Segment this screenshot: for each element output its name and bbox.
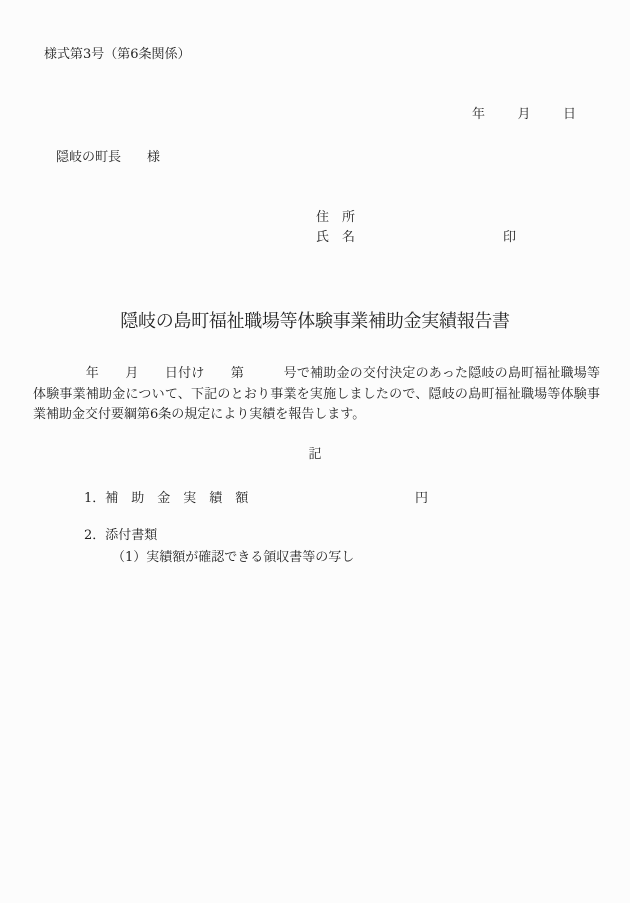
body-paragraph: 年 月 日付け 第 号で補助金の交付決定のあった隠岐の島町福祉職場等体験事業補助…	[33, 364, 600, 426]
attachments-item: 2．添付書類	[84, 526, 157, 546]
attachment-sub-item: （1）実績額が確認できる領収書等の写し	[112, 548, 354, 568]
date-year-label: 年	[472, 105, 485, 125]
document-title: 隠岐の島町福祉職場等体験事業補助金実績報告書	[0, 309, 630, 335]
signature-block: 住 所 氏 名	[316, 208, 355, 248]
subsidy-amount-item: 1．補 助 金 実 績 額	[84, 489, 248, 509]
form-number: 様式第3号（第6条関係）	[44, 45, 191, 65]
address-label: 住 所	[316, 208, 355, 228]
date-day-label: 日	[563, 105, 576, 125]
amount-unit-label: 円	[415, 489, 428, 509]
date-line: 年 月 日	[472, 105, 576, 125]
document-page: 様式第3号（第6条関係） 年 月 日 隠岐の町長 様 住 所 氏 名 印 隠岐の…	[0, 0, 630, 903]
seal-label: 印	[503, 228, 516, 248]
date-month-label: 月	[517, 105, 530, 125]
addressee: 隠岐の町長 様	[56, 148, 160, 168]
name-label: 氏 名	[316, 228, 355, 248]
record-marker: 記	[0, 445, 630, 465]
